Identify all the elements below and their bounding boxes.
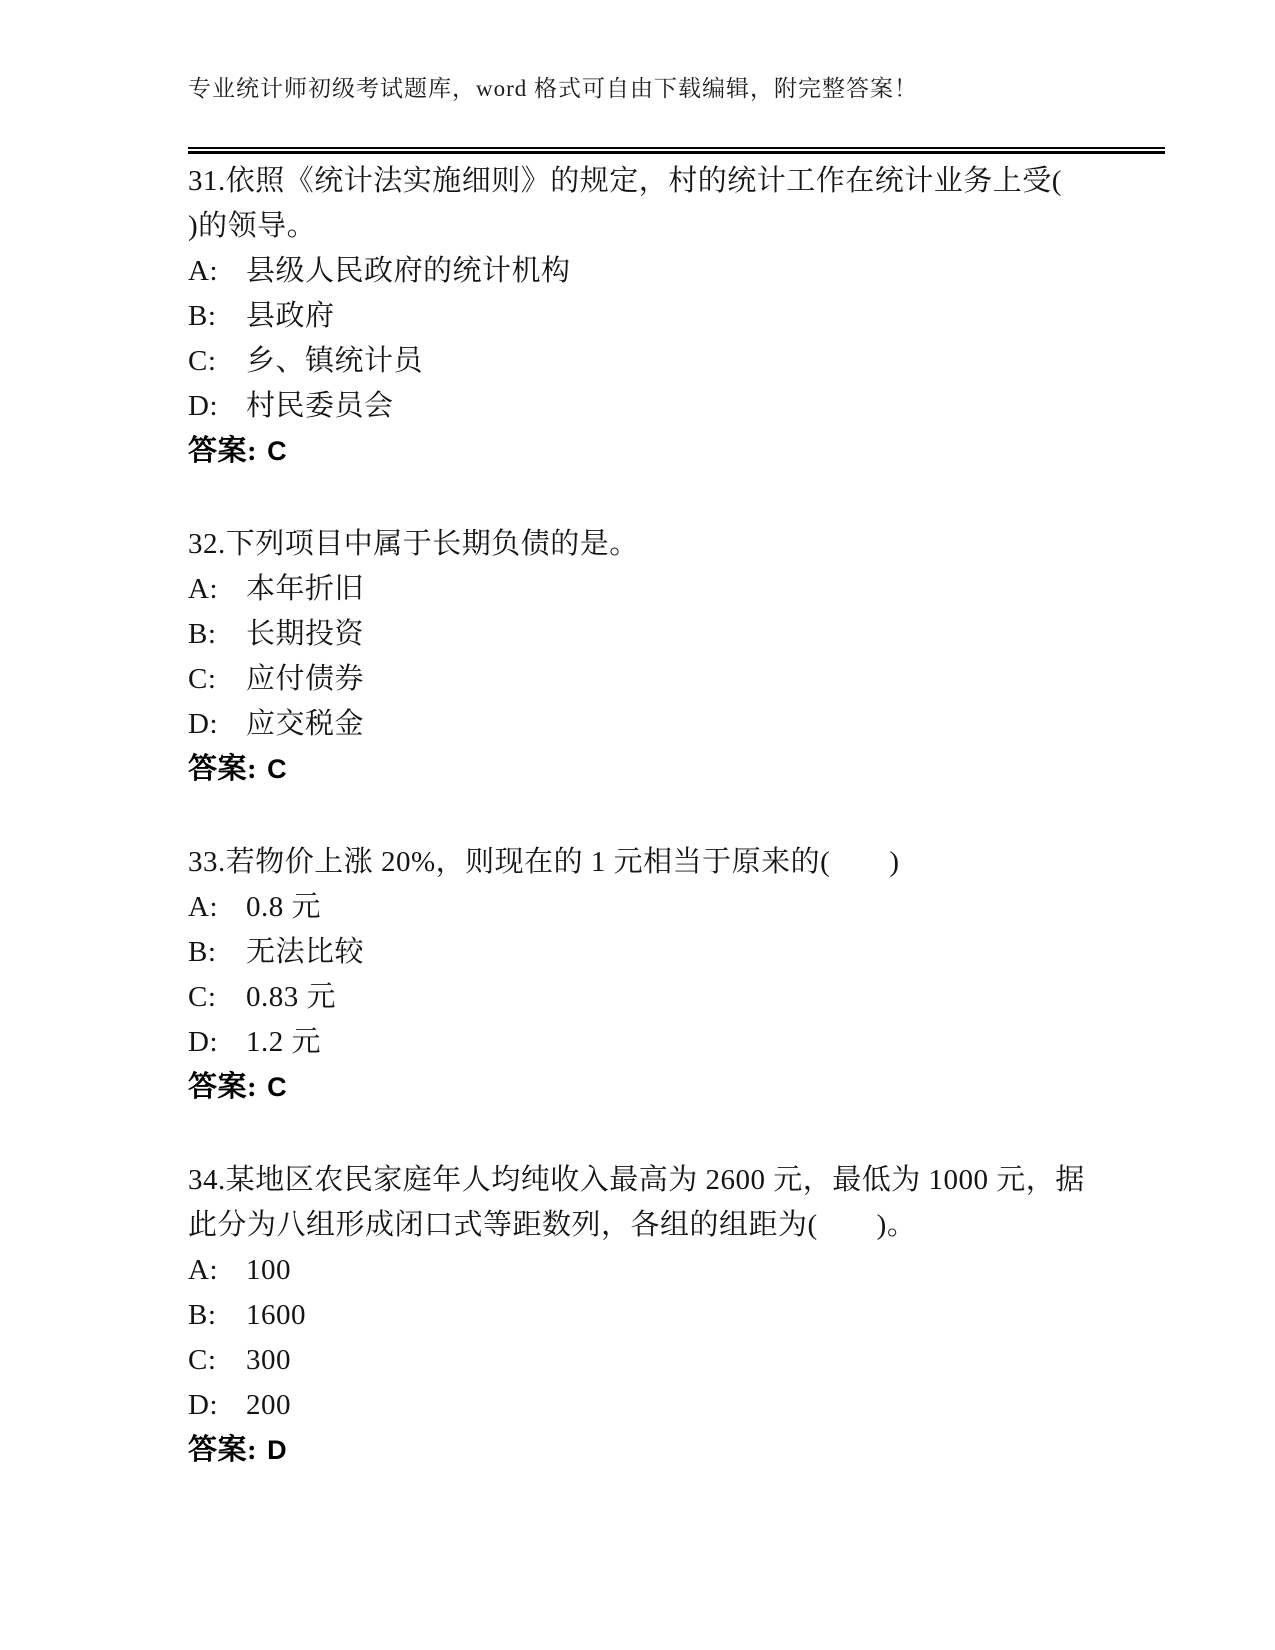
answer-row: 答案: C (188, 429, 1168, 474)
answer-label: 答案: (188, 747, 257, 792)
option-row: B: 县政府 (188, 294, 1168, 339)
option-text: 县政府 (246, 294, 335, 339)
option-text: 100 (246, 1248, 291, 1293)
option-row: D: 1.2 元 (188, 1020, 1168, 1065)
question-stem-line: 31.依照《统计法实施细则》的规定，村的统计工作在统计业务上受( (188, 159, 1168, 204)
document-page: 专业统计师初级考试题库，word 格式可自由下载编辑，附完整答案！ 31.依照《… (0, 0, 1275, 1650)
option-key: C: (188, 657, 246, 702)
option-key: B: (188, 612, 246, 657)
option-text: 应付债券 (246, 657, 364, 702)
option-key: C: (188, 1338, 246, 1383)
answer-row: 答案: C (188, 1065, 1168, 1110)
question-34: 34.某地区农民家庭年人均纯收入最高为 2600 元，最低为 1000 元，据 … (188, 1158, 1168, 1473)
option-key: C: (188, 339, 246, 384)
option-key: B: (188, 930, 246, 975)
question-33: 33.若物价上涨 20%，则现在的 1 元相当于原来的( ) A: 0.8 元 … (188, 840, 1168, 1110)
question-stem-line: 32.下列项目中属于长期负债的是。 (188, 522, 1168, 567)
answer-label: 答案: (188, 1428, 257, 1473)
option-text: 乡、镇统计员 (246, 339, 423, 384)
answer-value: D (267, 1428, 287, 1473)
option-row: B: 无法比较 (188, 930, 1168, 975)
option-row: C: 乡、镇统计员 (188, 339, 1168, 384)
option-key: D: (188, 1020, 246, 1065)
option-text: 1600 (246, 1293, 306, 1338)
option-row: B: 1600 (188, 1293, 1168, 1338)
option-key: B: (188, 294, 246, 339)
question-stem-line: 34.某地区农民家庭年人均纯收入最高为 2600 元，最低为 1000 元，据 (188, 1158, 1168, 1203)
option-key: A: (188, 1248, 246, 1293)
page-content: 专业统计师初级考试题库，word 格式可自由下载编辑，附完整答案！ 31.依照《… (188, 0, 1168, 1473)
option-row: B: 长期投资 (188, 612, 1168, 657)
answer-row: 答案: D (188, 1428, 1168, 1473)
option-text: 村民委员会 (246, 384, 394, 429)
option-text: 本年折旧 (246, 567, 364, 612)
question-31: 31.依照《统计法实施细则》的规定，村的统计工作在统计业务上受( )的领导。 A… (188, 159, 1168, 474)
option-key: A: (188, 249, 246, 294)
answer-row: 答案: C (188, 747, 1168, 792)
answer-label: 答案: (188, 1065, 257, 1110)
option-text: 应交税金 (246, 702, 364, 747)
option-text: 无法比较 (246, 930, 364, 975)
option-row: D: 村民委员会 (188, 384, 1168, 429)
option-text: 0.83 元 (246, 975, 336, 1020)
answer-value: C (267, 1065, 287, 1110)
option-key: D: (188, 702, 246, 747)
answer-value: C (267, 747, 287, 792)
option-key: A: (188, 885, 246, 930)
option-row: A: 100 (188, 1248, 1168, 1293)
option-text: 300 (246, 1338, 291, 1383)
answer-value: C (267, 429, 287, 474)
header-divider-rule (188, 147, 1165, 154)
option-key: D: (188, 1383, 246, 1428)
option-row: A: 本年折旧 (188, 567, 1168, 612)
question-stem-line: 33.若物价上涨 20%，则现在的 1 元相当于原来的( ) (188, 840, 1168, 885)
question-32: 32.下列项目中属于长期负债的是。 A: 本年折旧 B: 长期投资 C: 应付债… (188, 522, 1168, 792)
question-stem-line: 此分为八组形成闭口式等距数列，各组的组距为( )。 (188, 1203, 1168, 1248)
option-text: 200 (246, 1383, 291, 1428)
option-row: C: 0.83 元 (188, 975, 1168, 1020)
doc-header-text: 专业统计师初级考试题库，word 格式可自由下载编辑，附完整答案！ (188, 74, 1168, 104)
option-key: B: (188, 1293, 246, 1338)
option-row: A: 0.8 元 (188, 885, 1168, 930)
option-row: D: 200 (188, 1383, 1168, 1428)
option-text: 长期投资 (246, 612, 364, 657)
option-text: 1.2 元 (246, 1020, 321, 1065)
option-row: D: 应交税金 (188, 702, 1168, 747)
question-stem-line: )的领导。 (188, 204, 1168, 249)
option-row: A: 县级人民政府的统计机构 (188, 249, 1168, 294)
option-text: 县级人民政府的统计机构 (246, 249, 571, 294)
option-key: A: (188, 567, 246, 612)
answer-label: 答案: (188, 429, 257, 474)
option-row: C: 应付债券 (188, 657, 1168, 702)
question-list: 31.依照《统计法实施细则》的规定，村的统计工作在统计业务上受( )的领导。 A… (188, 159, 1168, 1473)
option-key: D: (188, 384, 246, 429)
option-text: 0.8 元 (246, 885, 321, 930)
option-row: C: 300 (188, 1338, 1168, 1383)
option-key: C: (188, 975, 246, 1020)
